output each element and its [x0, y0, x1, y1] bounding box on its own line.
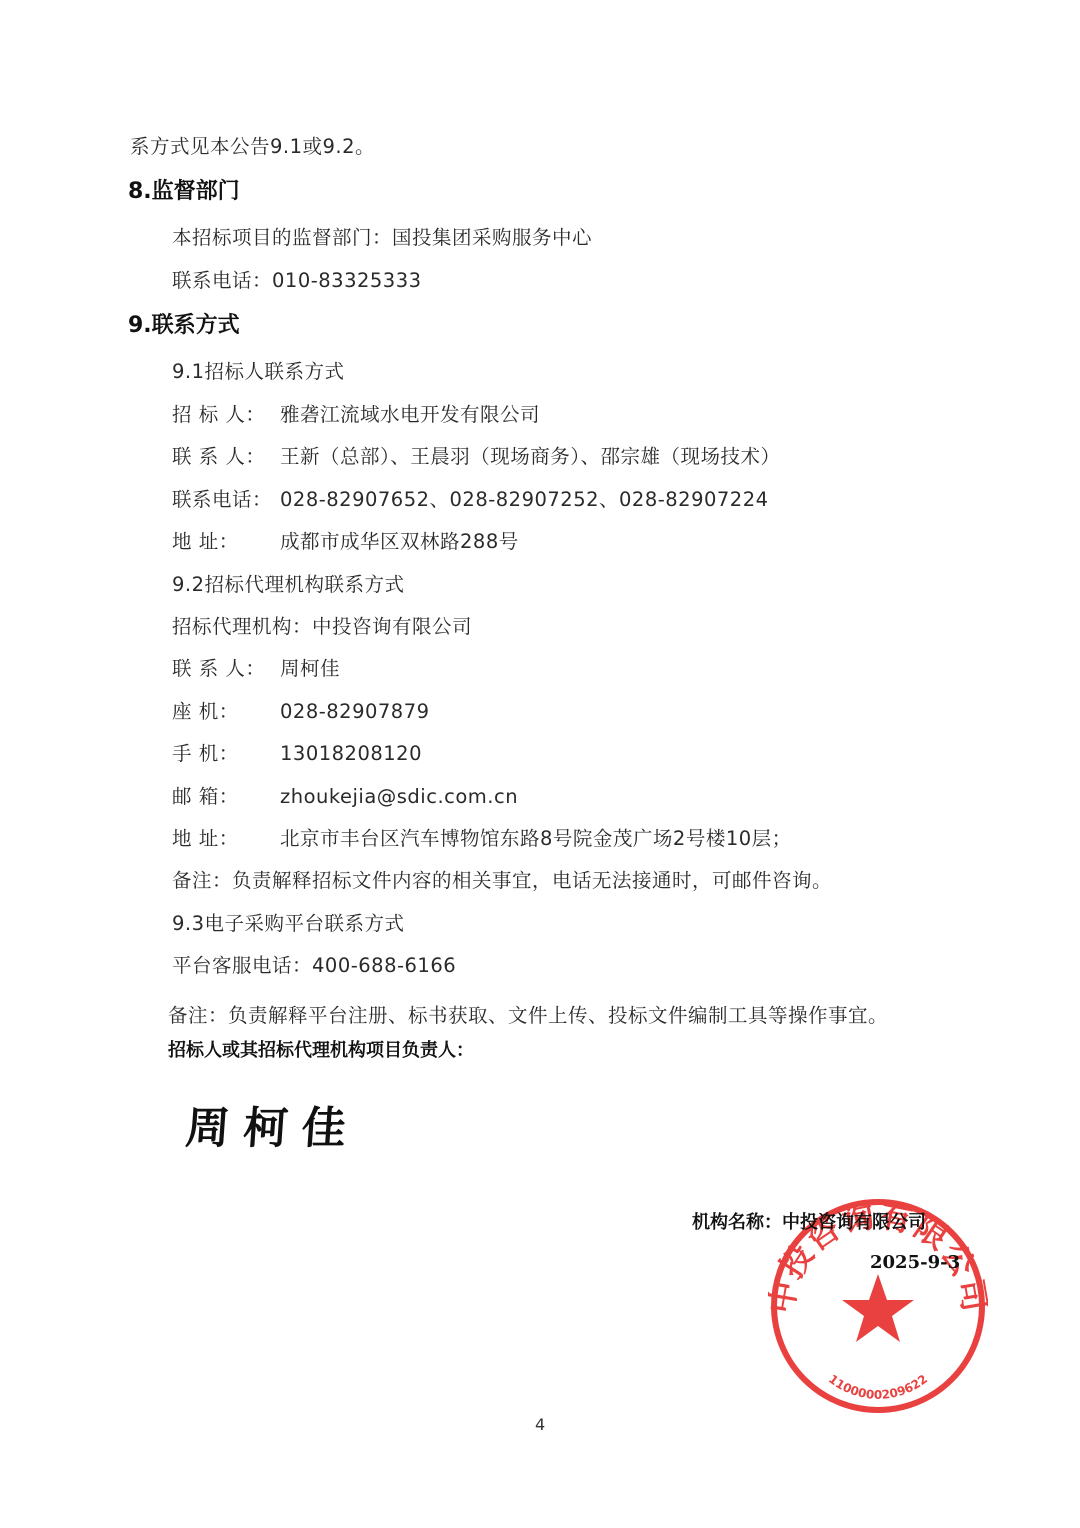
svg-text:1100000209622: 1100000209622	[826, 1372, 930, 1402]
agency-contact-label: 联 系 人：	[172, 653, 280, 681]
tenderer-value: 雅砻江流域水电开发有限公司	[280, 403, 540, 426]
tenderer-contact-row: 联 系 人：王新（总部）、王晨羽（现场商务）、邵宗雄（现场技术）	[172, 441, 781, 469]
agency-landline-row: 座 机：028-82907879	[172, 696, 430, 724]
agency-address-row: 地 址：北京市丰台区汽车博物馆东路8号院金茂广场2号楼10层；	[172, 823, 792, 851]
supervision-dept-line: 本招标项目的监督部门：国投集团采购服务中心	[172, 222, 592, 250]
platform-phone-row: 平台客服电话：400-688-6166	[172, 950, 456, 978]
platform-note: 备注：负责解释平台注册、标书获取、文件上传、投标文件编制工具等操作事宜。	[168, 1000, 888, 1028]
responsible-person-label: 招标人或其招标代理机构项目负责人：	[168, 1036, 474, 1062]
address-label: 地 址：	[172, 526, 280, 554]
organization-name: 机构名称：中投咨询有限公司	[692, 1208, 926, 1234]
mobile-label: 手 机：	[172, 738, 280, 766]
agency-value: 中投咨询有限公司	[312, 615, 472, 638]
agency-address-label: 地 址：	[172, 823, 280, 851]
subsection-9-1-title: 9.1招标人联系方式	[172, 356, 345, 384]
phone-label: 联系电话：	[172, 484, 280, 512]
tenderer-address-row: 地 址：成都市成华区双林路288号	[172, 526, 519, 554]
contact-value: 王新（总部）、王晨羽（现场商务）、邵宗雄（现场技术）	[280, 445, 781, 468]
mobile-value: 13018208120	[280, 742, 422, 765]
supervision-phone-line: 联系电话：010-83325333	[172, 265, 422, 293]
agency-address-value: 北京市丰台区汽车博物馆东路8号院金茂广场2号楼10层；	[280, 827, 792, 850]
platform-phone-value: 400-688-6166	[312, 954, 456, 977]
handwritten-signature: 周柯佳	[184, 1092, 362, 1156]
email-value[interactable]: zhoukejia@sdic.com.cn	[280, 785, 518, 808]
phone-value: 028-82907652、028-82907252、028-82907224	[280, 488, 769, 511]
agency-email-row: 邮 箱：zhoukejia@sdic.com.cn	[172, 781, 518, 809]
section-9-heading: 9.联系方式	[128, 308, 240, 339]
carryover-text: 系方式见本公告9.1或9.2。	[130, 131, 375, 159]
subsection-9-2-title: 9.2招标代理机构联系方式	[172, 569, 405, 597]
landline-value: 028-82907879	[280, 700, 430, 723]
contact-label: 联 系 人：	[172, 441, 280, 469]
tenderer-label: 招 标 人：	[172, 399, 280, 427]
page-number: 4	[535, 1415, 545, 1434]
signing-date: 2025-9-3	[870, 1252, 960, 1273]
email-label: 邮 箱：	[172, 781, 280, 809]
address-value: 成都市成华区双林路288号	[280, 530, 519, 553]
platform-phone-label: 平台客服电话：	[172, 950, 312, 978]
tenderer-row: 招 标 人：雅砻江流域水电开发有限公司	[172, 399, 540, 427]
agency-label: 招标代理机构：	[172, 611, 312, 639]
subsection-9-3-title: 9.3电子采购平台联系方式	[172, 908, 405, 936]
tenderer-phone-row: 联系电话：028-82907652、028-82907252、028-82907…	[172, 484, 769, 512]
landline-label: 座 机：	[172, 696, 280, 724]
agency-note: 备注：负责解释招标文件内容的相关事宜，电话无法接通时，可邮件咨询。	[172, 865, 832, 893]
agency-contact-row: 联 系 人：周柯佳	[172, 653, 340, 681]
section-8-heading: 8.监督部门	[128, 174, 240, 205]
agency-mobile-row: 手 机：13018208120	[172, 738, 422, 766]
agency-contact-value: 周柯佳	[280, 657, 340, 680]
agency-row: 招标代理机构：中投咨询有限公司	[172, 611, 472, 639]
